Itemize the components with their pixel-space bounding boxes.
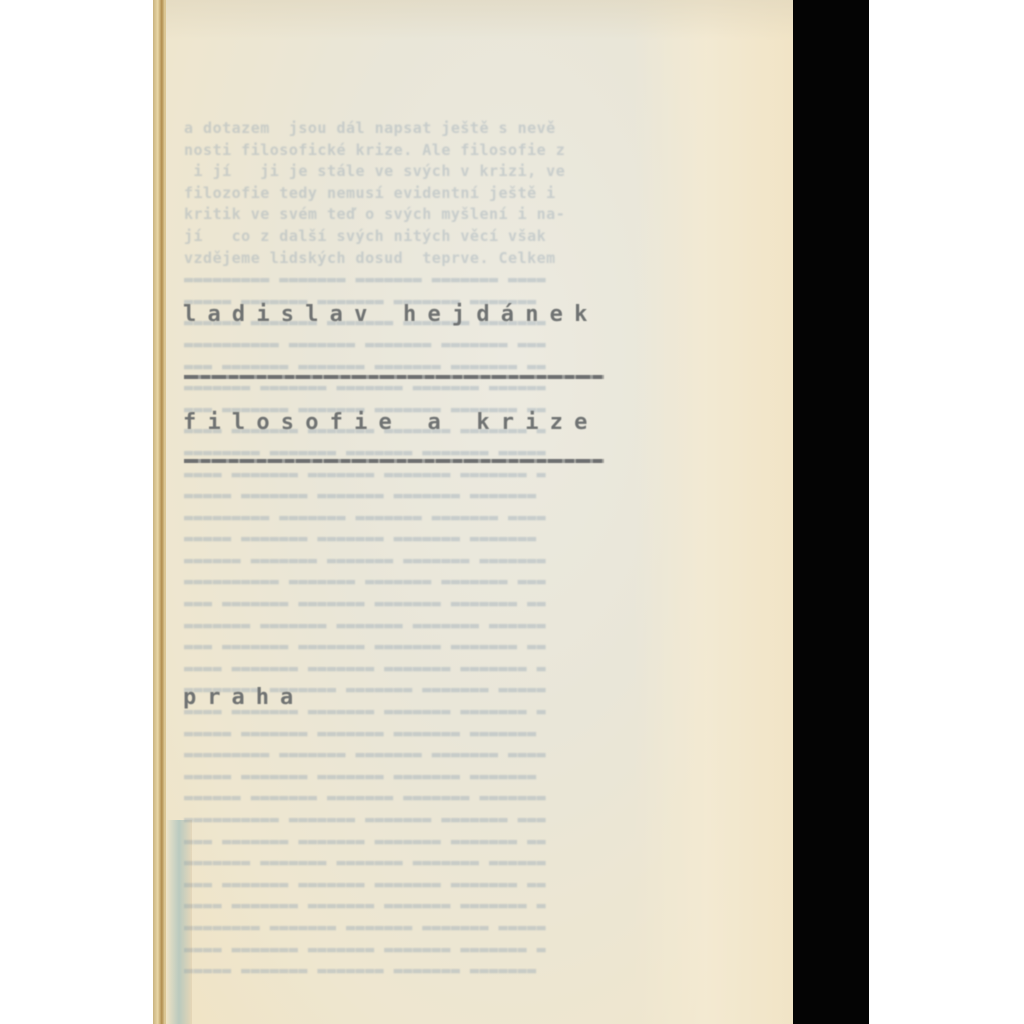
photo-scene: a dotazem jsou dál napsat ještě s nevě n… (0, 0, 1024, 1024)
dashed-rule-bottom (184, 459, 604, 463)
publication-place: praha (183, 685, 304, 710)
dark-backdrop (793, 0, 869, 1024)
title-page: a dotazem jsou dál napsat ještě s nevě n… (166, 0, 794, 1024)
author-name: ladislav hejdánek (183, 302, 599, 327)
show-through-text: a dotazem jsou dál napsat ještě s nevě n… (184, 118, 744, 982)
page-shadow (166, 0, 794, 40)
book-title: filosofie a krize (183, 410, 599, 435)
dashed-rule-top (184, 375, 604, 379)
